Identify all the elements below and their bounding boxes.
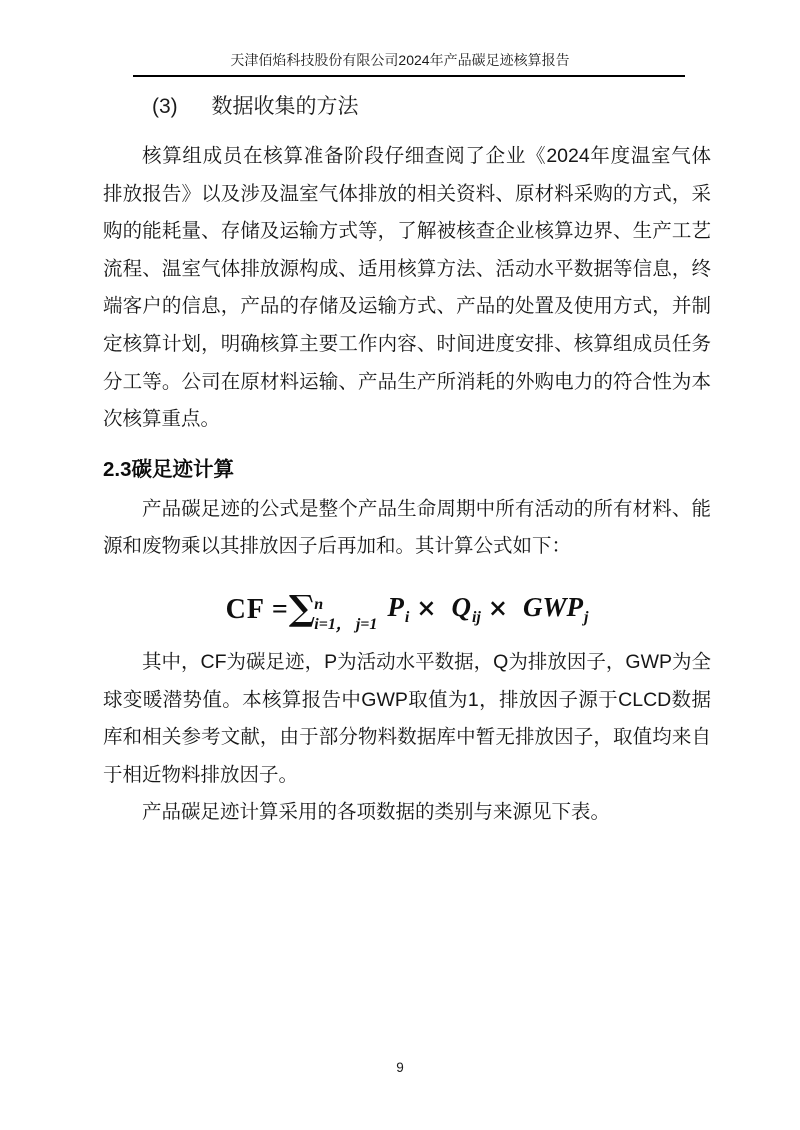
formula-term-gwp-subscript: j [584, 609, 588, 627]
formula-lhs: CF [226, 594, 265, 626]
section-3-heading: (3) 数据收集的方法 [152, 92, 711, 122]
section-3-title: 数据收集的方法 [212, 95, 359, 118]
equals-sign: = [272, 594, 288, 626]
summation-limits: n i=1， j=1 [314, 600, 377, 634]
summation-lower-limit: i=1， j=1 [314, 617, 377, 634]
formula-explanation-paragraph: 其中，CF为碳足迹，P为活动水平数据，Q为排放因子，GWP为全球变暖潜势值。本核… [103, 644, 711, 794]
section-2-3-heading: 2.3碳足迹计算 [103, 456, 711, 484]
summation-icon: ∑ [289, 588, 315, 629]
section-3-paragraph: 核算组成员在核算准备阶段仔细查阅了企业《2024年度温室气体排放报告》以及涉及温… [103, 138, 711, 439]
document-page: 天津佰焰科技股份有限公司2024年产品碳足迹核算报告 (3) 数据收集的方法 核… [0, 0, 800, 1130]
page-header-title: 天津佰焰科技股份有限公司2024年产品碳足迹核算报告 [0, 51, 800, 69]
formula-term-q: Q [451, 592, 471, 623]
section-3-number: (3) [152, 95, 178, 118]
multiply-sign: × [416, 593, 436, 622]
formula-term-p: P [387, 592, 404, 623]
summation-upper-limit: n [314, 597, 323, 614]
formula-term-p-subscript: i [405, 609, 409, 627]
closing-paragraph: 产品碳足迹计算采用的各项数据的类别与来源见下表。 [103, 794, 711, 832]
formula-term-q-subscript: ij [472, 609, 481, 627]
carbon-footprint-formula: CF = ∑ n i=1， j=1 P i × Q ij × GWP j [103, 582, 711, 638]
formula-intro-paragraph: 产品碳足迹的公式是整个产品生命周期中所有活动的所有材料、能源和废物乘以其排放因子… [103, 491, 711, 566]
formula-term-gwp: GWP [523, 592, 583, 623]
document-content: (3) 数据收集的方法 核算组成员在核算准备阶段仔细查阅了企业《2024年度温室… [103, 92, 711, 832]
header-rule [133, 75, 685, 77]
multiply-sign: × [488, 593, 508, 622]
page-number: 9 [0, 1060, 800, 1075]
